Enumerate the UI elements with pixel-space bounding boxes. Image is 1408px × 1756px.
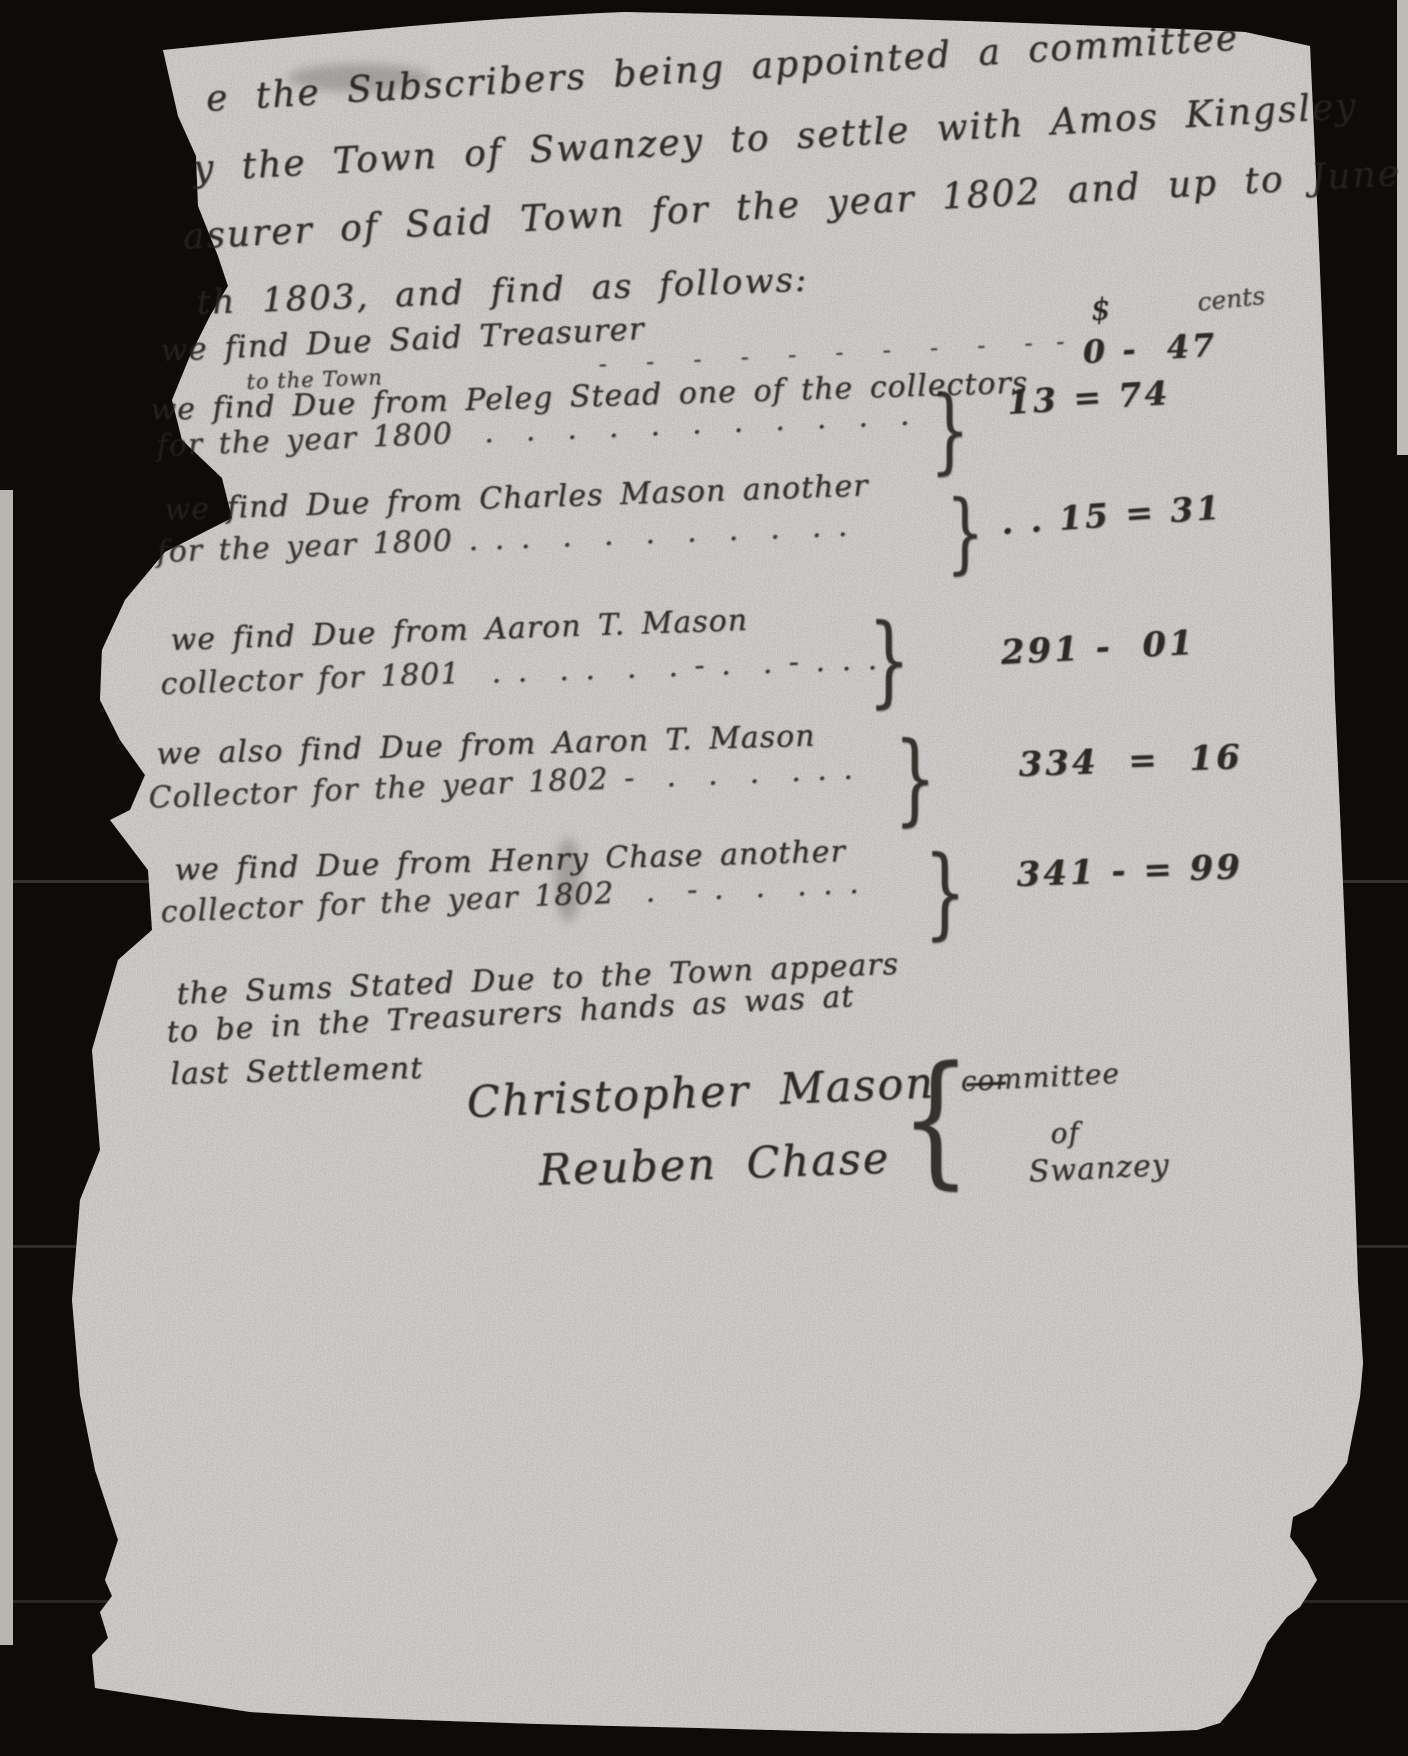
signature-reuben-chase: Reuben Chase bbox=[538, 1138, 891, 1193]
attestation-line: committee bbox=[960, 1060, 1120, 1096]
entry-brace: } bbox=[924, 844, 966, 943]
entry-amount: 334 = 16 bbox=[1018, 740, 1243, 782]
entry-brace: } bbox=[930, 384, 969, 477]
entry-text: we find Due Said Treasurer bbox=[160, 314, 645, 367]
document-header-line: th 1803, and find as follows: bbox=[196, 263, 809, 320]
manuscript-text: e the Subscribers being appointed a comm… bbox=[0, 0, 1408, 1756]
closing-line: last Settlement bbox=[170, 1054, 423, 1090]
attestation-line: Swanzey bbox=[1028, 1151, 1170, 1188]
dollars-column-header: $ bbox=[1090, 295, 1111, 326]
entry-brace: } bbox=[946, 490, 984, 577]
entry-brace: } bbox=[894, 730, 936, 829]
entry-amount: 0 - 47 bbox=[1082, 329, 1218, 368]
entry-amount: . . 15 = 31 bbox=[1000, 491, 1223, 539]
cents-column-header: cents bbox=[1196, 283, 1266, 315]
attestation-line: of bbox=[1050, 1119, 1080, 1148]
entry-amount: 13 = 74 bbox=[1006, 376, 1171, 419]
entry-amount: 341 - = 99 bbox=[1016, 850, 1243, 892]
entry-amount: 291 - 01 bbox=[1000, 626, 1196, 670]
scanned-document-page: e the Subscribers being appointed a comm… bbox=[0, 0, 1408, 1756]
